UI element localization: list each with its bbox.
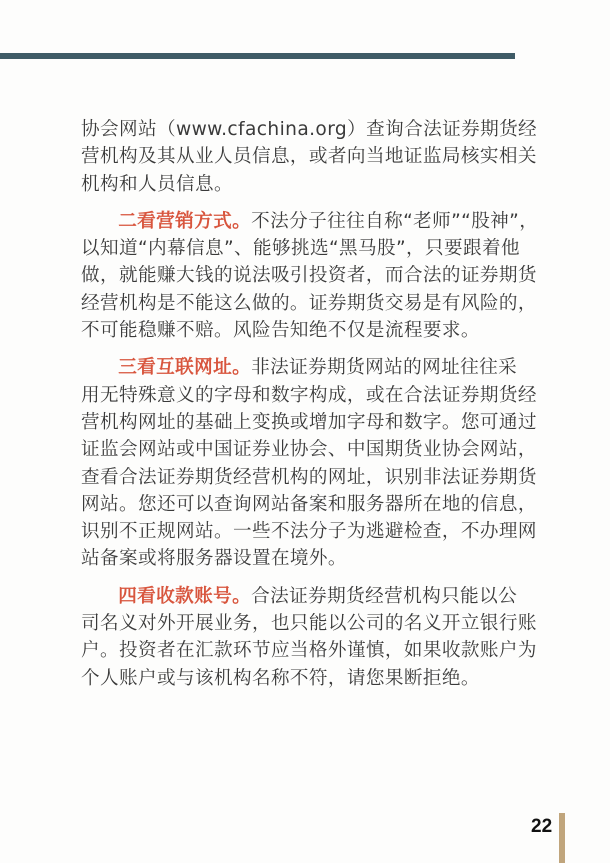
text-line: 四看收款账号。合法证券期货经营机构只能以公: [81, 583, 517, 610]
page-number-bar: [559, 813, 565, 863]
paragraph-intro: 协会网站（www.cfachina.org）查询合法证券期货经 营机构及其从业人…: [81, 116, 517, 198]
text-line: 网站。您还可以查询网站备案和服务器所在地的信息，: [81, 491, 517, 518]
text-line: 用无特殊意义的字母和数字构成，或在合法证券期货经: [81, 382, 517, 409]
text-line: 二看营销方式。不法分子往往自称“老师”“股神”，: [81, 208, 517, 235]
header-rule: [0, 53, 515, 59]
text-line: 识别不正规网站。一些不法分子为逃避检查，不办理网: [81, 518, 517, 545]
text-line: 以知道“内幕信息”、能够挑选“黑马股”，只要跟着他: [81, 235, 517, 262]
text-line: 司名义对外开展业务，也只能以公司的名义开立银行账: [81, 610, 517, 637]
paragraph-website: 三看互联网址。非法证券期货网站的网址往往采 用无特殊意义的字母和数字构成，或在合…: [81, 354, 517, 572]
text-line: 营机构及其从业人员信息，或者向当地证监局核实相关: [81, 143, 517, 170]
text-line: 证监会网站或中国证券业协会、中国期货业协会网站，: [81, 436, 517, 463]
page-body: 协会网站（www.cfachina.org）查询合法证券期货经 营机构及其从业人…: [81, 116, 517, 692]
text-line: 营机构网址的基础上变换或增加字母和数字。您可通过: [81, 409, 517, 436]
text-line: 个人账户或与该机构名称不符，请您果断拒绝。: [81, 665, 517, 692]
text-run: 合法证券期货经营机构只能以公: [251, 586, 517, 607]
section-heading-account: 四看收款账号。: [118, 586, 251, 607]
page-number: 22: [531, 816, 552, 838]
paragraph-account: 四看收款账号。合法证券期货经营机构只能以公 司名义对外开展业务，也只能以公司的名…: [81, 583, 517, 692]
text-line: 协会网站（www.cfachina.org）查询合法证券期货经: [81, 116, 517, 143]
section-heading-website: 三看互联网址。: [118, 357, 251, 378]
section-heading-marketing: 二看营销方式。: [118, 211, 251, 232]
text-line: 三看互联网址。非法证券期货网站的网址往往采: [81, 354, 517, 381]
text-line: 经营机构是不能这么做的。证券期货交易是有风险的，: [81, 290, 517, 317]
text-line: 户。投资者在汇款环节应当格外谨慎，如果收款账户为: [81, 637, 517, 664]
text-line: 站备案或将服务器设置在境外。: [81, 545, 517, 572]
text-run: 非法证券期货网站的网址往往采: [251, 357, 517, 378]
paragraph-marketing: 二看营销方式。不法分子往往自称“老师”“股神”， 以知道“内幕信息”、能够挑选“…: [81, 208, 517, 344]
text-line: 查看合法证券期货经营机构的网址，识别非法证券期货: [81, 464, 517, 491]
text-line: 机构和人员信息。: [81, 171, 517, 198]
text-line: 不可能稳赚不赔。风险告知绝不仅是流程要求。: [81, 317, 517, 344]
text-line: 做，就能赚大钱的说法吸引投资者，而合法的证券期货: [81, 262, 517, 289]
text-run: 不法分子往往自称“老师”“股神”，: [251, 211, 538, 232]
